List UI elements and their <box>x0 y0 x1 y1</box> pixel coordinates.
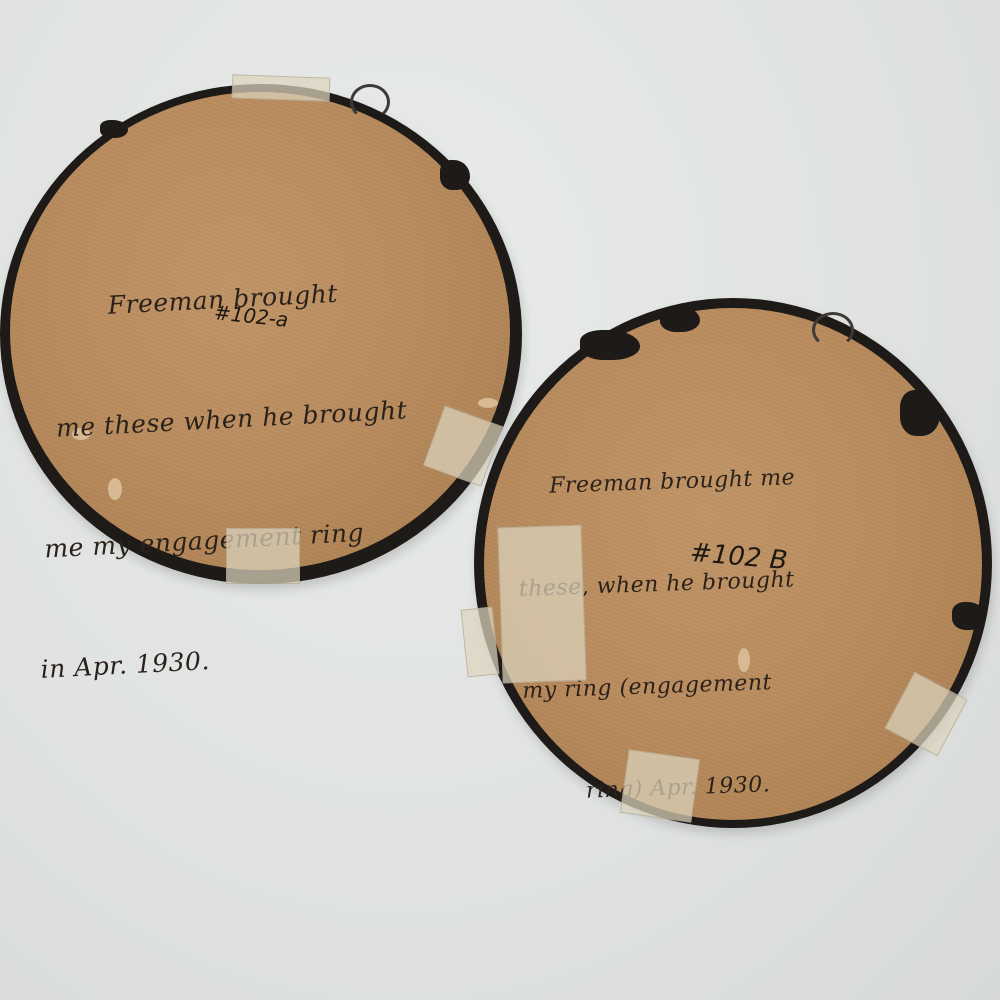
note-line: me these when he brought <box>37 390 408 449</box>
paint-chip <box>580 330 640 360</box>
paint-chip <box>900 390 940 436</box>
paint-chip <box>100 120 128 138</box>
paint-chip <box>440 160 470 190</box>
note-line: Freeman brought me <box>515 461 796 505</box>
tape-strip <box>232 74 331 101</box>
paint-chip <box>660 306 700 332</box>
handwritten-note-a: Freeman brought me these when he brought… <box>27 191 423 730</box>
tape-strip <box>620 749 700 822</box>
hanging-ring-b <box>812 312 854 348</box>
worn-spot <box>478 398 498 408</box>
note-line: in Apr. 1930. <box>40 630 421 690</box>
tape-strip <box>226 528 300 584</box>
tape-strip <box>497 525 586 684</box>
paint-chip <box>952 602 986 630</box>
hanging-ring-a <box>350 84 390 120</box>
